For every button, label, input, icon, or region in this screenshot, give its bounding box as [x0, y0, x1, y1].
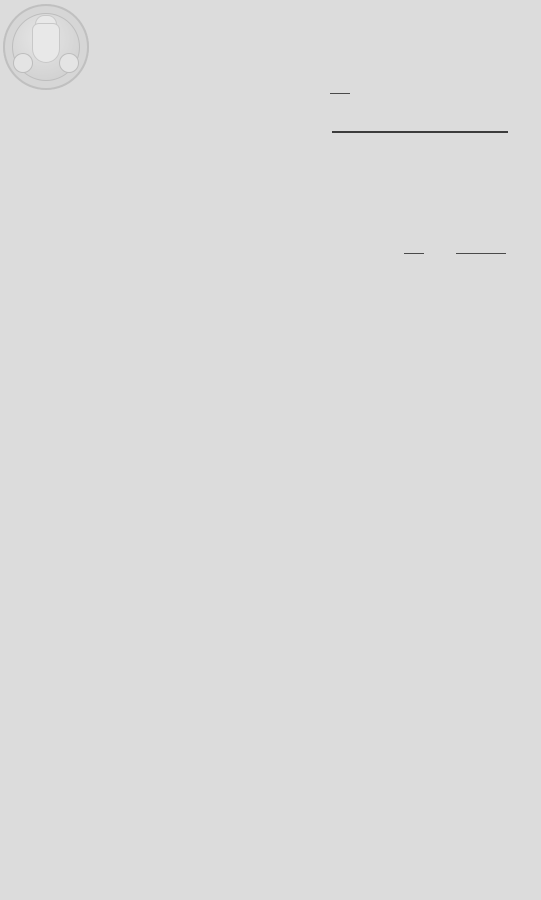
seal-value: [14, 54, 32, 72]
fill-line: [330, 93, 350, 94]
fill-line: [456, 253, 506, 254]
seal-currency: [60, 54, 78, 72]
fill-line: [404, 253, 424, 254]
civil-marriage-record-page: [0, 0, 541, 900]
page-corner-mark: [486, 20, 520, 38]
fill-line: [332, 131, 508, 133]
coat-of-arms-icon: [33, 24, 59, 62]
embossed-stamp-seal: [3, 4, 89, 90]
